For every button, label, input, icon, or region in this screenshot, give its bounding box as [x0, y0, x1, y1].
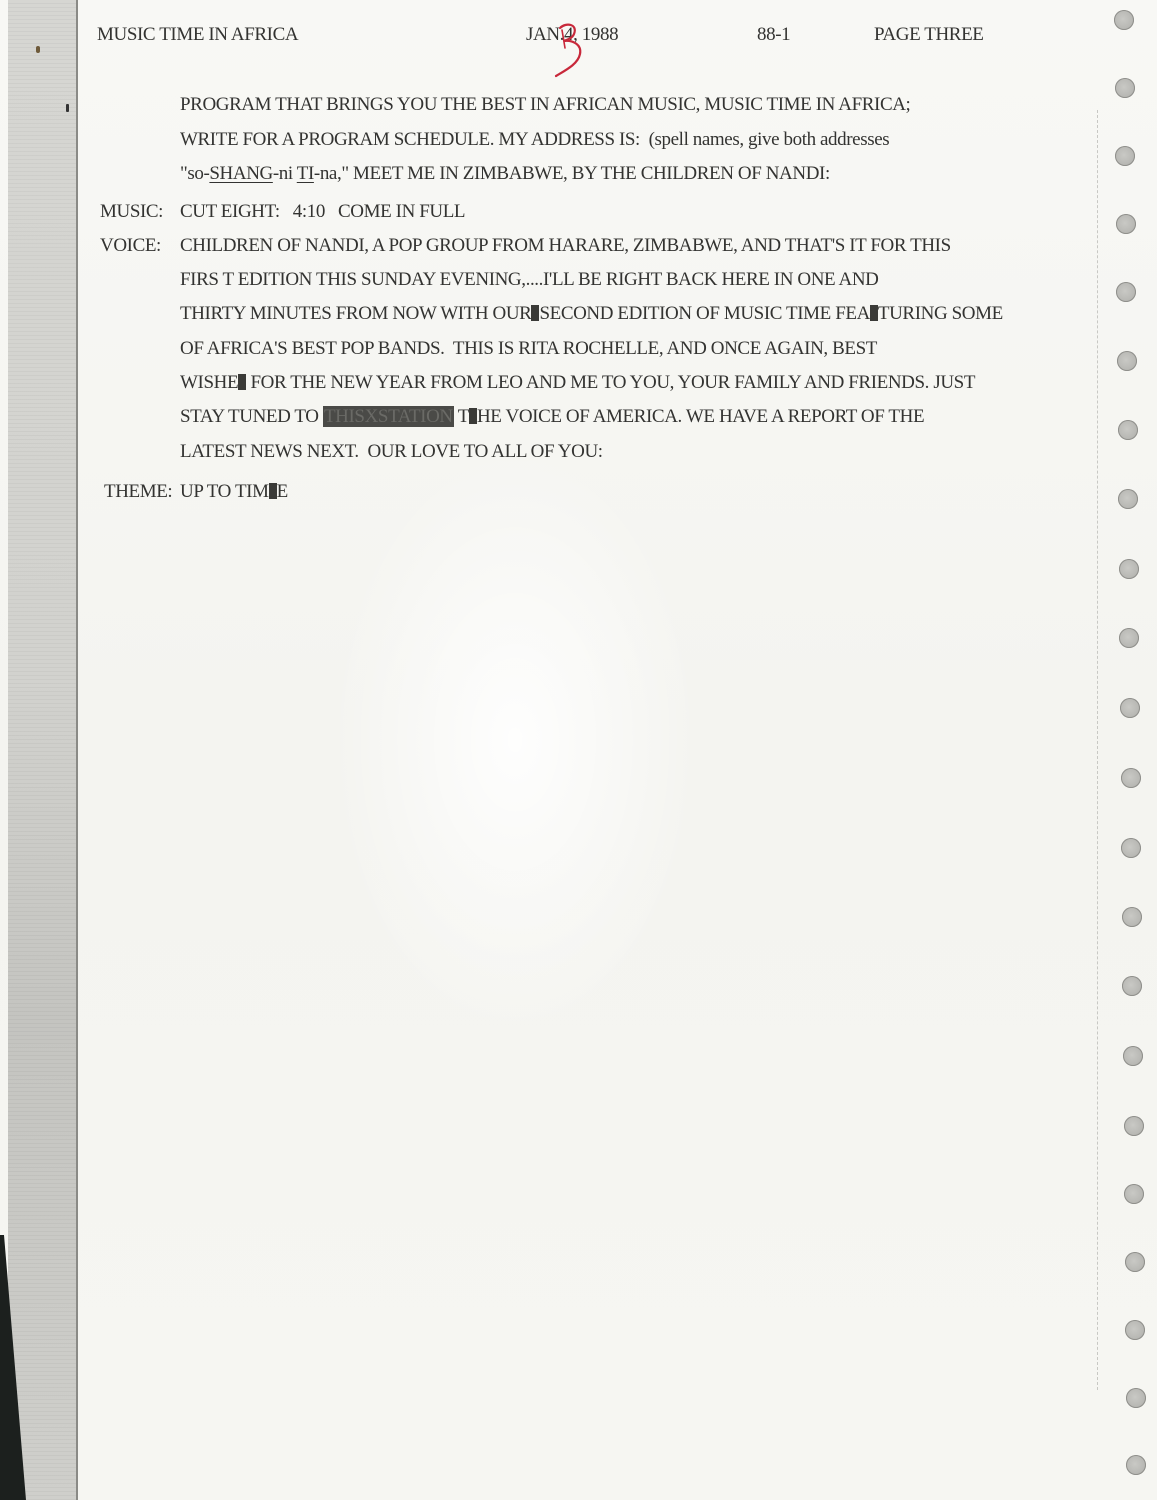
script-line-7: THIRTY MINUTES FROM NOW WITH OURSECOND E…: [180, 303, 1003, 325]
script-line-1: PROGRAM THAT BRINGS YOU THE BEST IN AFRI…: [180, 94, 910, 116]
music-cue: CUT EIGHT: 4:10 COME IN FULL: [180, 201, 465, 223]
ink-smudge: [66, 104, 69, 112]
cue-label-theme: THEME:: [104, 481, 172, 503]
text-part: STAY TUNED TO: [180, 406, 323, 427]
paper-speck: [36, 46, 40, 53]
text-part: T: [454, 406, 469, 427]
pronunciation-part: -na," MEET ME IN ZIMBABWE, BY THE CHILDR…: [314, 163, 830, 184]
script-line-8: OF AFRICA'S BEST POP BANDS. THIS IS RITA…: [180, 338, 877, 360]
cue-label-music: MUSIC:: [100, 201, 163, 223]
typing-overstrike: [269, 483, 277, 499]
typing-overstrike: [469, 408, 477, 424]
pronunciation-part: -ni: [273, 163, 297, 184]
script-line-6: FIRS T EDITION THIS SUNDAY EVENING,....I…: [180, 269, 879, 291]
script-line-9: WISHE FOR THE NEW YEAR FROM LEO AND ME T…: [180, 372, 975, 394]
feed-hole: [1125, 1252, 1145, 1272]
program-title: MUSIC TIME IN AFRICA: [97, 24, 298, 46]
feed-hole: [1126, 1455, 1146, 1475]
text-part: WISHE: [180, 372, 238, 393]
script-line-11: LATEST NEWS NEXT. OUR LOVE TO ALL OF YOU…: [180, 441, 603, 463]
pronunciation-stress: SHANG: [209, 163, 272, 184]
text-part: SECOND EDITION OF MUSIC TIME FEA: [539, 303, 869, 324]
cue-label-voice: VOICE:: [100, 235, 161, 257]
theme-cue: UP TO TIME: [180, 481, 288, 503]
typing-overstrike: [238, 374, 246, 390]
feed-hole: [1123, 1046, 1143, 1066]
text-part: HE VOICE OF AMERICA. WE HAVE A REPORT OF…: [477, 406, 924, 427]
feed-hole: [1119, 559, 1139, 579]
script-line-2: WRITE FOR A PROGRAM SCHEDULE. MY ADDRESS…: [180, 129, 889, 151]
perforation-line: [1097, 110, 1098, 1390]
feed-hole: [1122, 907, 1142, 927]
feed-hole: [1115, 78, 1135, 98]
script-line-3: "so-SHANG-ni TI-na," MEET ME IN ZIMBABWE…: [180, 163, 830, 185]
text-part: TURING SOME: [878, 303, 1003, 324]
pronunciation-stress: TI: [297, 163, 314, 184]
feed-hole: [1124, 1116, 1144, 1136]
text-part: FOR THE NEW YEAR FROM LEO AND ME TO YOU,…: [246, 372, 975, 393]
handwritten-correction-3: [552, 22, 592, 82]
text-part: UP TO TIM: [180, 481, 269, 502]
script-line-10: STAY TUNED TO THISXSTATION THE VOICE OF …: [180, 406, 924, 428]
left-scan-strip: [8, 0, 78, 1500]
page-number: PAGE THREE: [874, 24, 984, 46]
struck-out-text: THISXSTATION: [323, 406, 454, 427]
feed-hole: [1114, 10, 1134, 30]
program-number: 88-1: [757, 24, 790, 46]
feed-hole: [1120, 698, 1140, 718]
pronunciation-part: "so-: [180, 163, 209, 184]
feed-hole: [1118, 420, 1138, 440]
feed-hole: [1126, 1388, 1146, 1408]
feed-hole: [1121, 768, 1141, 788]
script-line-5: CHILDREN OF NANDI, A POP GROUP FROM HARA…: [180, 235, 951, 257]
typing-overstrike: [870, 305, 878, 321]
feed-hole: [1116, 214, 1136, 234]
text-part: THIRTY MINUTES FROM NOW WITH OUR: [180, 303, 531, 324]
paper-page: [0, 0, 1157, 1500]
feed-hole: [1117, 351, 1137, 371]
text-part: E: [277, 481, 288, 502]
